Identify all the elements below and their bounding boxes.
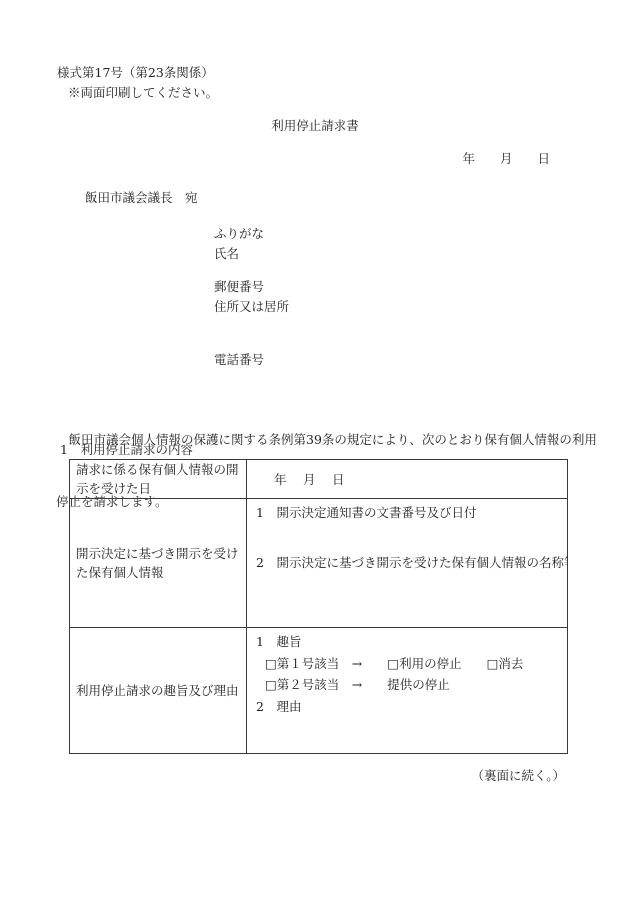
addressee: 飯田市議会議長 宛 — [85, 188, 198, 206]
disclosure-date-label-line2: 示を受けた日 — [76, 479, 244, 498]
form-number: 様式第17号（第23条関係） — [57, 63, 214, 81]
purpose-reason-label-cell: 利用停止請求の趣旨及び理由 — [70, 628, 247, 754]
disclosed-info-label-cell: 開示決定に基づき開示を受け た保有個人情報 — [70, 499, 247, 628]
section-heading: 1 利用停止請求の内容 — [60, 440, 193, 458]
document-page: 様式第17号（第23条関係） ※両面印刷してください。 利用停止請求書 年 月 … — [0, 0, 630, 903]
purpose-reason-label: 利用停止請求の趣旨及び理由 — [76, 681, 244, 700]
doc-number-item: 1 開示決定通知書の文書番号及び日付 — [256, 503, 563, 522]
reason-heading: 2 理由 — [256, 696, 563, 718]
header-date-line: 年 月 日 — [462, 149, 550, 167]
disclosed-info-value-cell: 1 開示決定通知書の文書番号及び日付 2 開示決定に基づき開示を受けた保有個人情… — [247, 499, 568, 628]
document-title: 利用停止請求書 — [0, 116, 630, 134]
table-row-purpose-reason: 利用停止請求の趣旨及び理由 1 趣旨 □第１号該当 → □利用の停止 □消去 □… — [70, 628, 568, 754]
checkbox-option-line-2: □第２号該当 → 提供の停止 — [256, 674, 563, 696]
disclosed-info-label-line2: た保有個人情報 — [76, 563, 244, 582]
info-name-item: 2 開示決定に基づき開示を受けた保有個人情報の名称等 — [256, 553, 563, 572]
disclosure-date-label-line1: 請求に係る保有個人情報の開 — [76, 460, 244, 479]
footer-note: （裏面に続く。） — [471, 766, 565, 784]
purpose-heading: 1 趣旨 — [256, 631, 563, 653]
purpose-reason-value-cell: 1 趣旨 □第１号該当 → □利用の停止 □消去 □第２号該当 → 提供の停止 … — [247, 628, 568, 754]
name-label: 氏名 — [214, 244, 239, 262]
furigana-label: ふりがな — [214, 224, 264, 242]
request-table: 請求に係る保有個人情報の開 示を受けた日 年 月 日 開示決定に基づき開示を受け… — [69, 459, 568, 754]
disclosure-date-value: 年 月 日 — [274, 470, 563, 489]
disclosure-date-value-cell: 年 月 日 — [247, 460, 568, 499]
print-note: ※両面印刷してください。 — [68, 83, 218, 101]
phone-label: 電話番号 — [214, 350, 264, 368]
address-label: 住所又は居所 — [214, 297, 289, 315]
disclosed-info-label-line1: 開示決定に基づき開示を受け — [76, 544, 244, 563]
postal-code-label: 郵便番号 — [214, 277, 264, 295]
checkbox-option-line-1: □第１号該当 → □利用の停止 □消去 — [256, 653, 563, 675]
disclosure-date-label-cell: 請求に係る保有個人情報の開 示を受けた日 — [70, 460, 247, 499]
table-row-disclosed-info: 開示決定に基づき開示を受け た保有個人情報 1 開示決定通知書の文書番号及び日付… — [70, 499, 568, 628]
table-row-disclosure-date: 請求に係る保有個人情報の開 示を受けた日 年 月 日 — [70, 460, 568, 499]
